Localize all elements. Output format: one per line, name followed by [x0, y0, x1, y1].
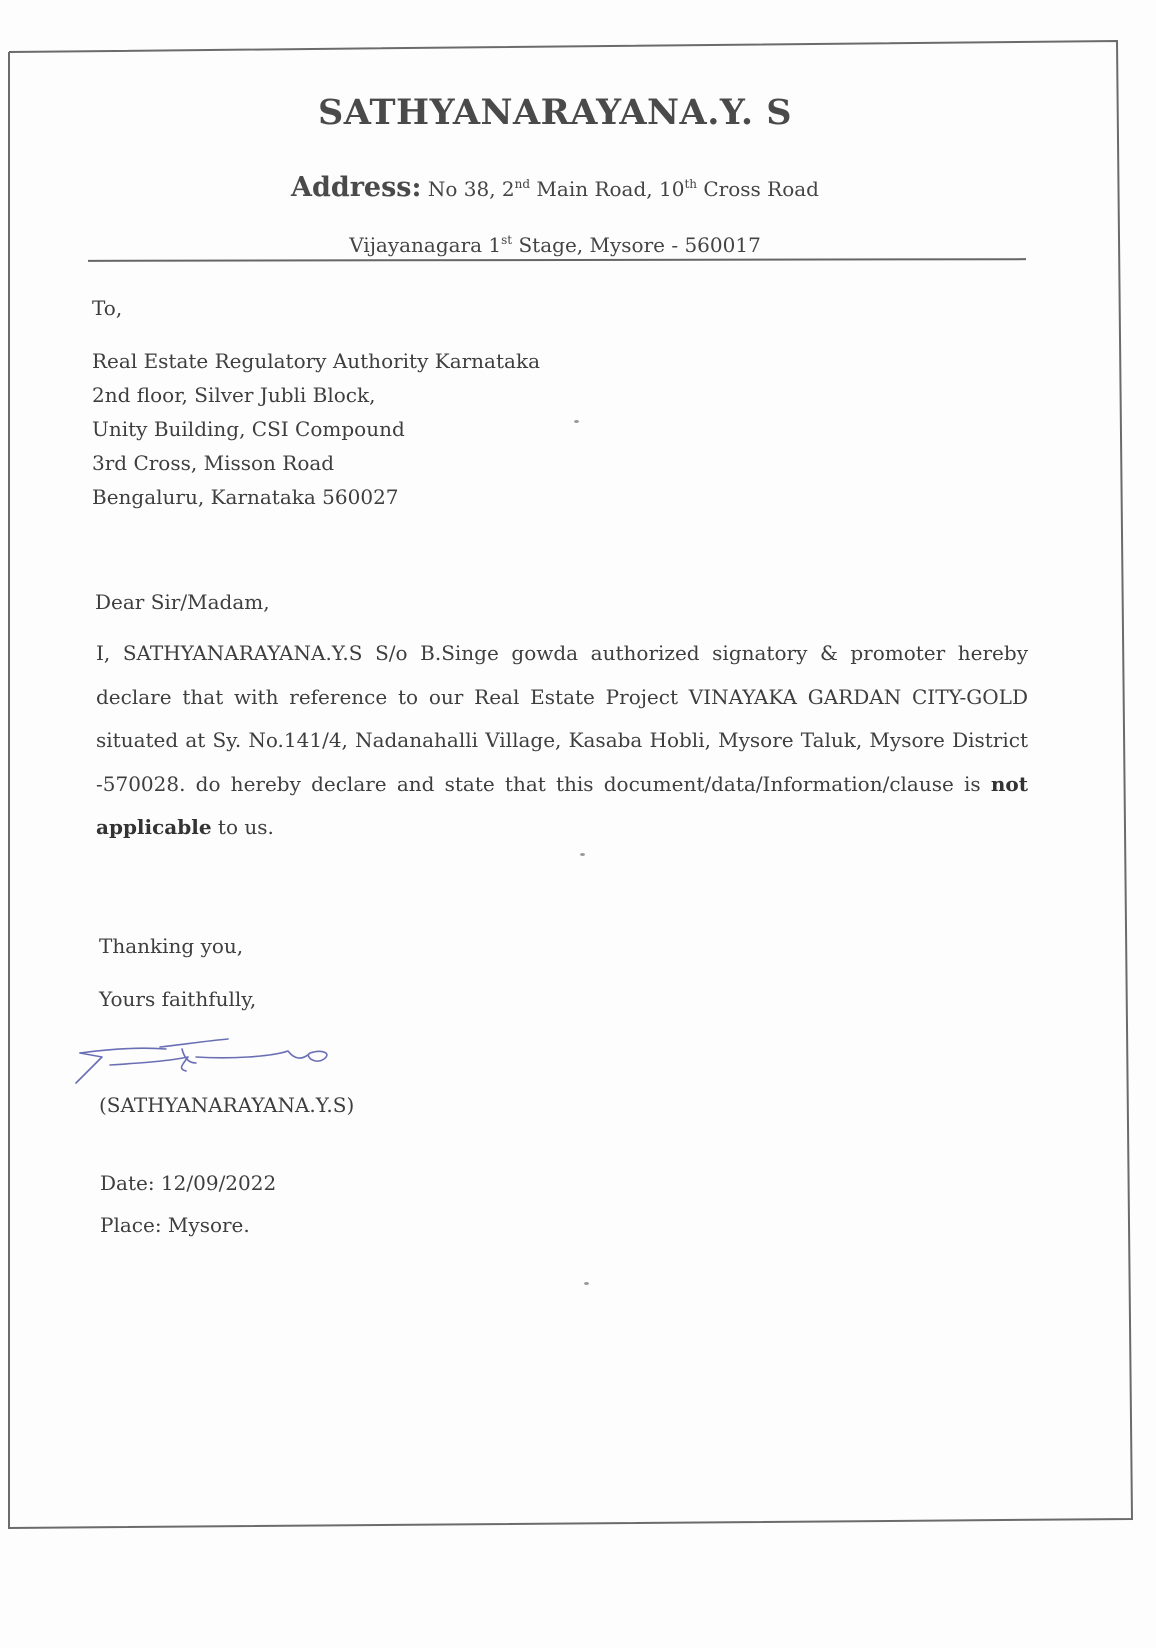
signature-image [70, 1035, 370, 1095]
address-sup: th [684, 177, 697, 191]
letterhead-name: SATHYANARAYANA.Y. S [0, 92, 1110, 133]
letter-place: Place: Mysore. [100, 1213, 250, 1237]
greeting: Dear Sir/Madam, [95, 590, 270, 614]
declaration-paragraph: I, SATHYANARAYANA.Y.S S/o B.Singe gowda … [96, 632, 1028, 850]
address-text: Cross Road [697, 177, 819, 201]
address-text: Stage, Mysore - 560017 [512, 233, 761, 257]
declaration-end: to us. [212, 815, 274, 839]
recipient-line: 2nd floor, Silver Jubli Block, [92, 378, 540, 412]
closing-yours: Yours faithfully, [99, 987, 256, 1011]
address-label: Address: [291, 172, 421, 203]
address-text: Main Road, 10 [530, 177, 684, 201]
recipient-line: Real Estate Regulatory Authority Karnata… [92, 344, 540, 378]
scan-speck [580, 853, 585, 856]
recipient-line: Unity Building, CSI Compound [92, 412, 540, 446]
recipient-address: Real Estate Regulatory Authority Karnata… [92, 344, 540, 514]
signatory-name: (SATHYANARAYANA.Y.S) [99, 1093, 354, 1117]
address-sup: nd [515, 177, 530, 191]
letterhead-address-line1: Address: No 38, 2nd Main Road, 10th Cros… [0, 172, 1110, 203]
recipient-line: 3rd Cross, Misson Road [92, 446, 540, 480]
letter-date: Date: 12/09/2022 [100, 1171, 276, 1195]
address-text: No 38, 2 [428, 177, 515, 201]
letterhead-address-line2: Vijayanagara 1st Stage, Mysore - 560017 [0, 233, 1110, 257]
to-label: To, [92, 296, 122, 320]
declaration-text: I, SATHYANARAYANA.Y.S S/o B.Singe gowda … [96, 641, 1028, 796]
address-text: Vijayanagara 1 [349, 233, 501, 257]
scan-speck [574, 420, 579, 423]
scan-speck [584, 1282, 589, 1285]
closing-thanks: Thanking you, [99, 934, 243, 958]
address-sup: st [501, 233, 512, 247]
recipient-line: Bengaluru, Karnataka 560027 [92, 480, 540, 514]
